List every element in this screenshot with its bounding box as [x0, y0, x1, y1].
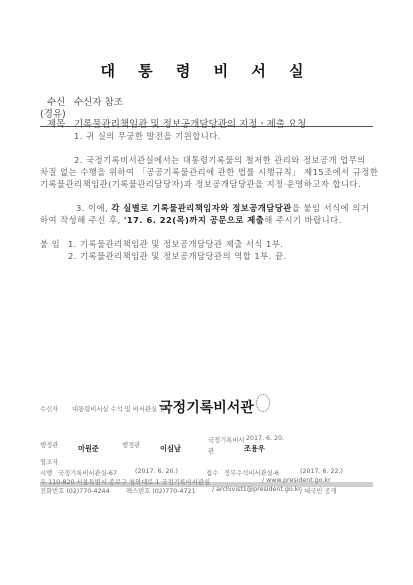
official-seal-icon: [256, 394, 270, 412]
paragraph-3-bold-1: 각 실별로 기록물관리책임자와 정보공개담당관: [111, 203, 291, 213]
recipients-value: 대통령비서실 수석 및 비서관실 전체: [72, 404, 171, 413]
paragraph-3-bold-2: '17. 6. 22(목)까지 공문으로 제출: [124, 215, 264, 225]
paragraph-3-line-1: 3. 이에, 각 실별로 기록물관리책임자와 정보공개담당관을 붙임 서식에 의…: [76, 202, 369, 214]
issuer-name: 국정기록비서관: [0, 397, 413, 417]
paragraph-2-line-3: 기록물관리책임관(기록물관리담당자)과 정보공개담당관을 지정·운영하고자 합니…: [40, 178, 361, 190]
receive-label: 접수: [206, 468, 218, 477]
enforce-date: (2017. 6. 20.): [135, 468, 178, 475]
receive-date: (2017. 6. 22.): [300, 468, 343, 475]
approver-2-name: 이심남: [160, 444, 181, 454]
approver-1-name: 마원준: [78, 444, 99, 454]
receive-value: 정무수석비서관실-6: [224, 468, 279, 477]
paragraph-2-line-1: 2. 국정기록비서관실에서는 대통령기록물의 철저한 관리와 정보공개 업무의: [74, 154, 366, 166]
paragraph-1: 1. 귀 실의 무궁한 발전을 기원합니다.: [74, 130, 221, 142]
subject-label: 제목: [47, 116, 65, 130]
paragraph-3-prefix: 3. 이에,: [76, 203, 111, 213]
paragraph-3-line-2: 하여 작성해 주신 후, '17. 6. 22(목)까지 공문으로 제출해 주시…: [40, 214, 342, 226]
approver-2-role: 행정관: [122, 440, 140, 449]
attachments-label: 붙 임: [40, 238, 60, 250]
paragraph-3-line-2-prefix: 하여 작성해 주신 후,: [40, 215, 124, 225]
approver-3-role-line-1: 국정기록비서: [208, 435, 245, 444]
attachment-item-2: 2. 기록물관리책임관 및 정보공개담당관의 역할 1부. 끝.: [68, 250, 287, 262]
approver-3-date: 2017. 6. 20.: [246, 435, 284, 442]
recipient-value: 수신자 참조: [74, 94, 123, 108]
org-title: 대 통 령 비 서 실: [0, 60, 413, 81]
paragraph-3-suffix-2: 해 주시기 바랍니다.: [264, 215, 342, 225]
phone-number: 전화번호 (02)770-4244: [40, 486, 110, 495]
paragraph-3-suffix-1: 을 붙임 서식에 의거: [292, 203, 370, 213]
postal-address: 우 110-820 서울특별시 종로구 청와대로 1 국정기록비서관실: [40, 477, 210, 486]
attachment-item-1: 1. 기록물관리책임관 및 정보공개담당관 제출 서식 1부.: [68, 238, 283, 250]
header-divider: [40, 126, 373, 127]
enforce-value: 국정기록비서관실-67: [58, 468, 117, 477]
enforce-label: 시행: [40, 468, 52, 477]
fax-number: 팩스번호 (02)770-4721: [126, 486, 196, 495]
approver-3-role-line-2: 관: [208, 446, 214, 455]
recipients-label: 수신자: [40, 404, 58, 413]
approver-1-role: 행정관: [40, 440, 58, 449]
email-link[interactable]: / archivist1@president.go.kr: [212, 486, 301, 493]
cooperator-label: 협조자: [40, 457, 58, 466]
paragraph-2-line-2: 차질 없는 수행을 위하여 「공공기록물관리에 관한 법률 시행규칙」 제15조…: [40, 166, 378, 178]
subject-value: 기록물관리책임관 및 정보공개담당관의 지정ㆍ제출 요청: [74, 116, 306, 130]
disclosure-status: / 대국민 공개: [300, 486, 337, 495]
website-link[interactable]: / www.president.go.kr: [262, 477, 331, 484]
approver-3-name: 조용우: [244, 444, 265, 454]
